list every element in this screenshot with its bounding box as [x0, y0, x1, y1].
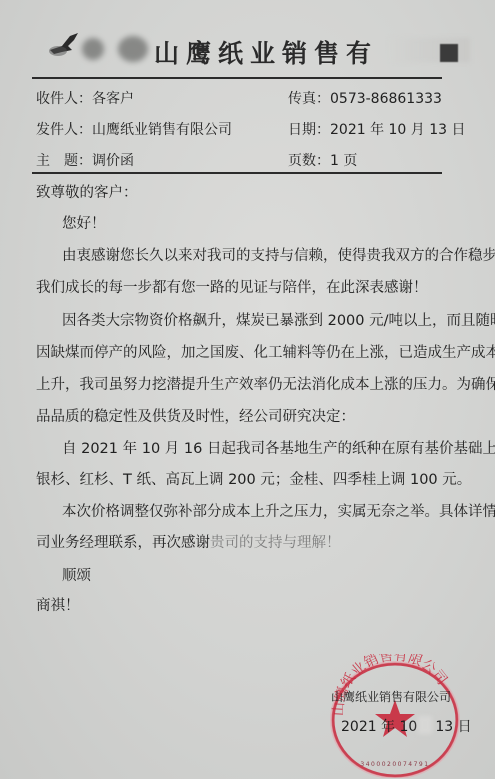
- paragraph-2-line-4: 品品质的稳定性及供货及时性，经公司研究决定：: [36, 405, 456, 426]
- subject-row: 主 题：调价函: [36, 150, 134, 170]
- recipient-row: 收件人：各客户: [36, 88, 134, 108]
- company-title: 山鹰纸业销售有: [154, 34, 378, 70]
- redacted-mark: [82, 38, 104, 60]
- header-rule-top: [32, 77, 442, 79]
- paragraph-2-line-1: 因各类大宗物资价格飙升，煤炭已暴涨到 2000 元/吨以上，而且随时存在: [62, 309, 482, 330]
- redacted-title-end: [390, 38, 470, 62]
- recipient-label: 收件人：: [36, 91, 92, 107]
- pages-label: 页数：: [288, 153, 330, 169]
- signature-date: 2021 年 1013 日: [341, 716, 472, 736]
- closing-line-2: 商祺！: [36, 594, 456, 615]
- svg-text:山鹰纸业销售有限公司: 山鹰纸业销售有限公司: [331, 654, 450, 716]
- paragraph-4-line-2-faded: 贵司的支持与理解！: [210, 535, 341, 551]
- redacted-date-blur: [418, 716, 432, 734]
- fax-document-page: 山鹰纸业销售有 收件人：各客户 传真：0573-86861333 发件人：山鹰纸…: [0, 0, 495, 779]
- seal-number: 3400020074791: [360, 761, 429, 768]
- greeting: 您好！: [62, 212, 482, 233]
- paragraph-4-line-1: 本次价格调整仅弥补部分成本上升之压力，实属无奈之举。具体详情请与我: [62, 500, 482, 521]
- closing-line-1: 顺颂: [62, 564, 482, 585]
- signature-company: 山鹰纸业销售有限公司: [331, 688, 451, 705]
- redacted-mark: [118, 36, 148, 62]
- date-label: 日期：: [288, 122, 330, 138]
- seal-text: 山鹰纸业销售有限公司: [331, 654, 450, 716]
- paragraph-1-line-2: 我们成长的每一步都有您一路的见证与陪伴，在此深表感谢！: [36, 276, 456, 297]
- header-rule-bottom: [32, 172, 442, 174]
- fax-row: 传真：0573-86861333: [288, 88, 442, 108]
- date-row: 日期：2021 年 10 月 13 日: [288, 119, 466, 139]
- signature-date-prefix: 2021 年 10: [341, 719, 417, 735]
- sender-row: 发件人：山鹰纸业销售有限公司: [36, 119, 232, 139]
- paragraph-2-line-2: 因缺煤而停产的风险，加之国废、化工辅料等仍在上涨，已造成生产成本大幅度: [36, 341, 456, 362]
- pages-row: 页数：1 页: [288, 150, 357, 170]
- paragraph-1-line-1: 由衷感谢您长久以来对我司的支持与信赖，使得贵我双方的合作稳步发展，: [62, 244, 482, 265]
- signature-date-suffix: 13 日: [435, 719, 471, 735]
- pages-value: 1 页: [330, 153, 357, 169]
- date-value: 2021 年 10 月 13 日: [330, 122, 466, 138]
- sender-label: 发件人：: [36, 122, 92, 138]
- paragraph-4-line-2-text: 司业务经理联系，再次感谢: [36, 535, 210, 551]
- fax-label: 传真：: [288, 91, 330, 107]
- paragraph-3-line-1: 自 2021 年 10 月 16 日起我司各基地生产的纸种在原有基价基础上：紫杉…: [62, 437, 482, 458]
- recipient-value: 各客户: [92, 91, 134, 107]
- title-block-mark: [440, 44, 458, 62]
- salutation: 致尊敬的客户：: [36, 181, 456, 202]
- letterhead: 山鹰纸业销售有: [42, 30, 462, 70]
- paragraph-4-line-2: 司业务经理联系，再次感谢贵司的支持与理解！: [36, 531, 456, 552]
- paragraph-2-line-3: 上升，我司虽努力挖潜提升生产效率仍无法消化成本上涨的压力。为确保我司产: [36, 373, 456, 394]
- fax-value: 0573-86861333: [330, 91, 442, 107]
- eagle-logo-icon: [48, 32, 84, 58]
- subject-value: 调价函: [92, 153, 134, 169]
- paragraph-3-line-2: 银杉、红杉、T 纸、高瓦上调 200 元；金桂、四季桂上调 100 元。: [36, 468, 456, 489]
- subject-label: 主 题：: [36, 153, 92, 169]
- sender-value: 山鹰纸业销售有限公司: [92, 122, 232, 138]
